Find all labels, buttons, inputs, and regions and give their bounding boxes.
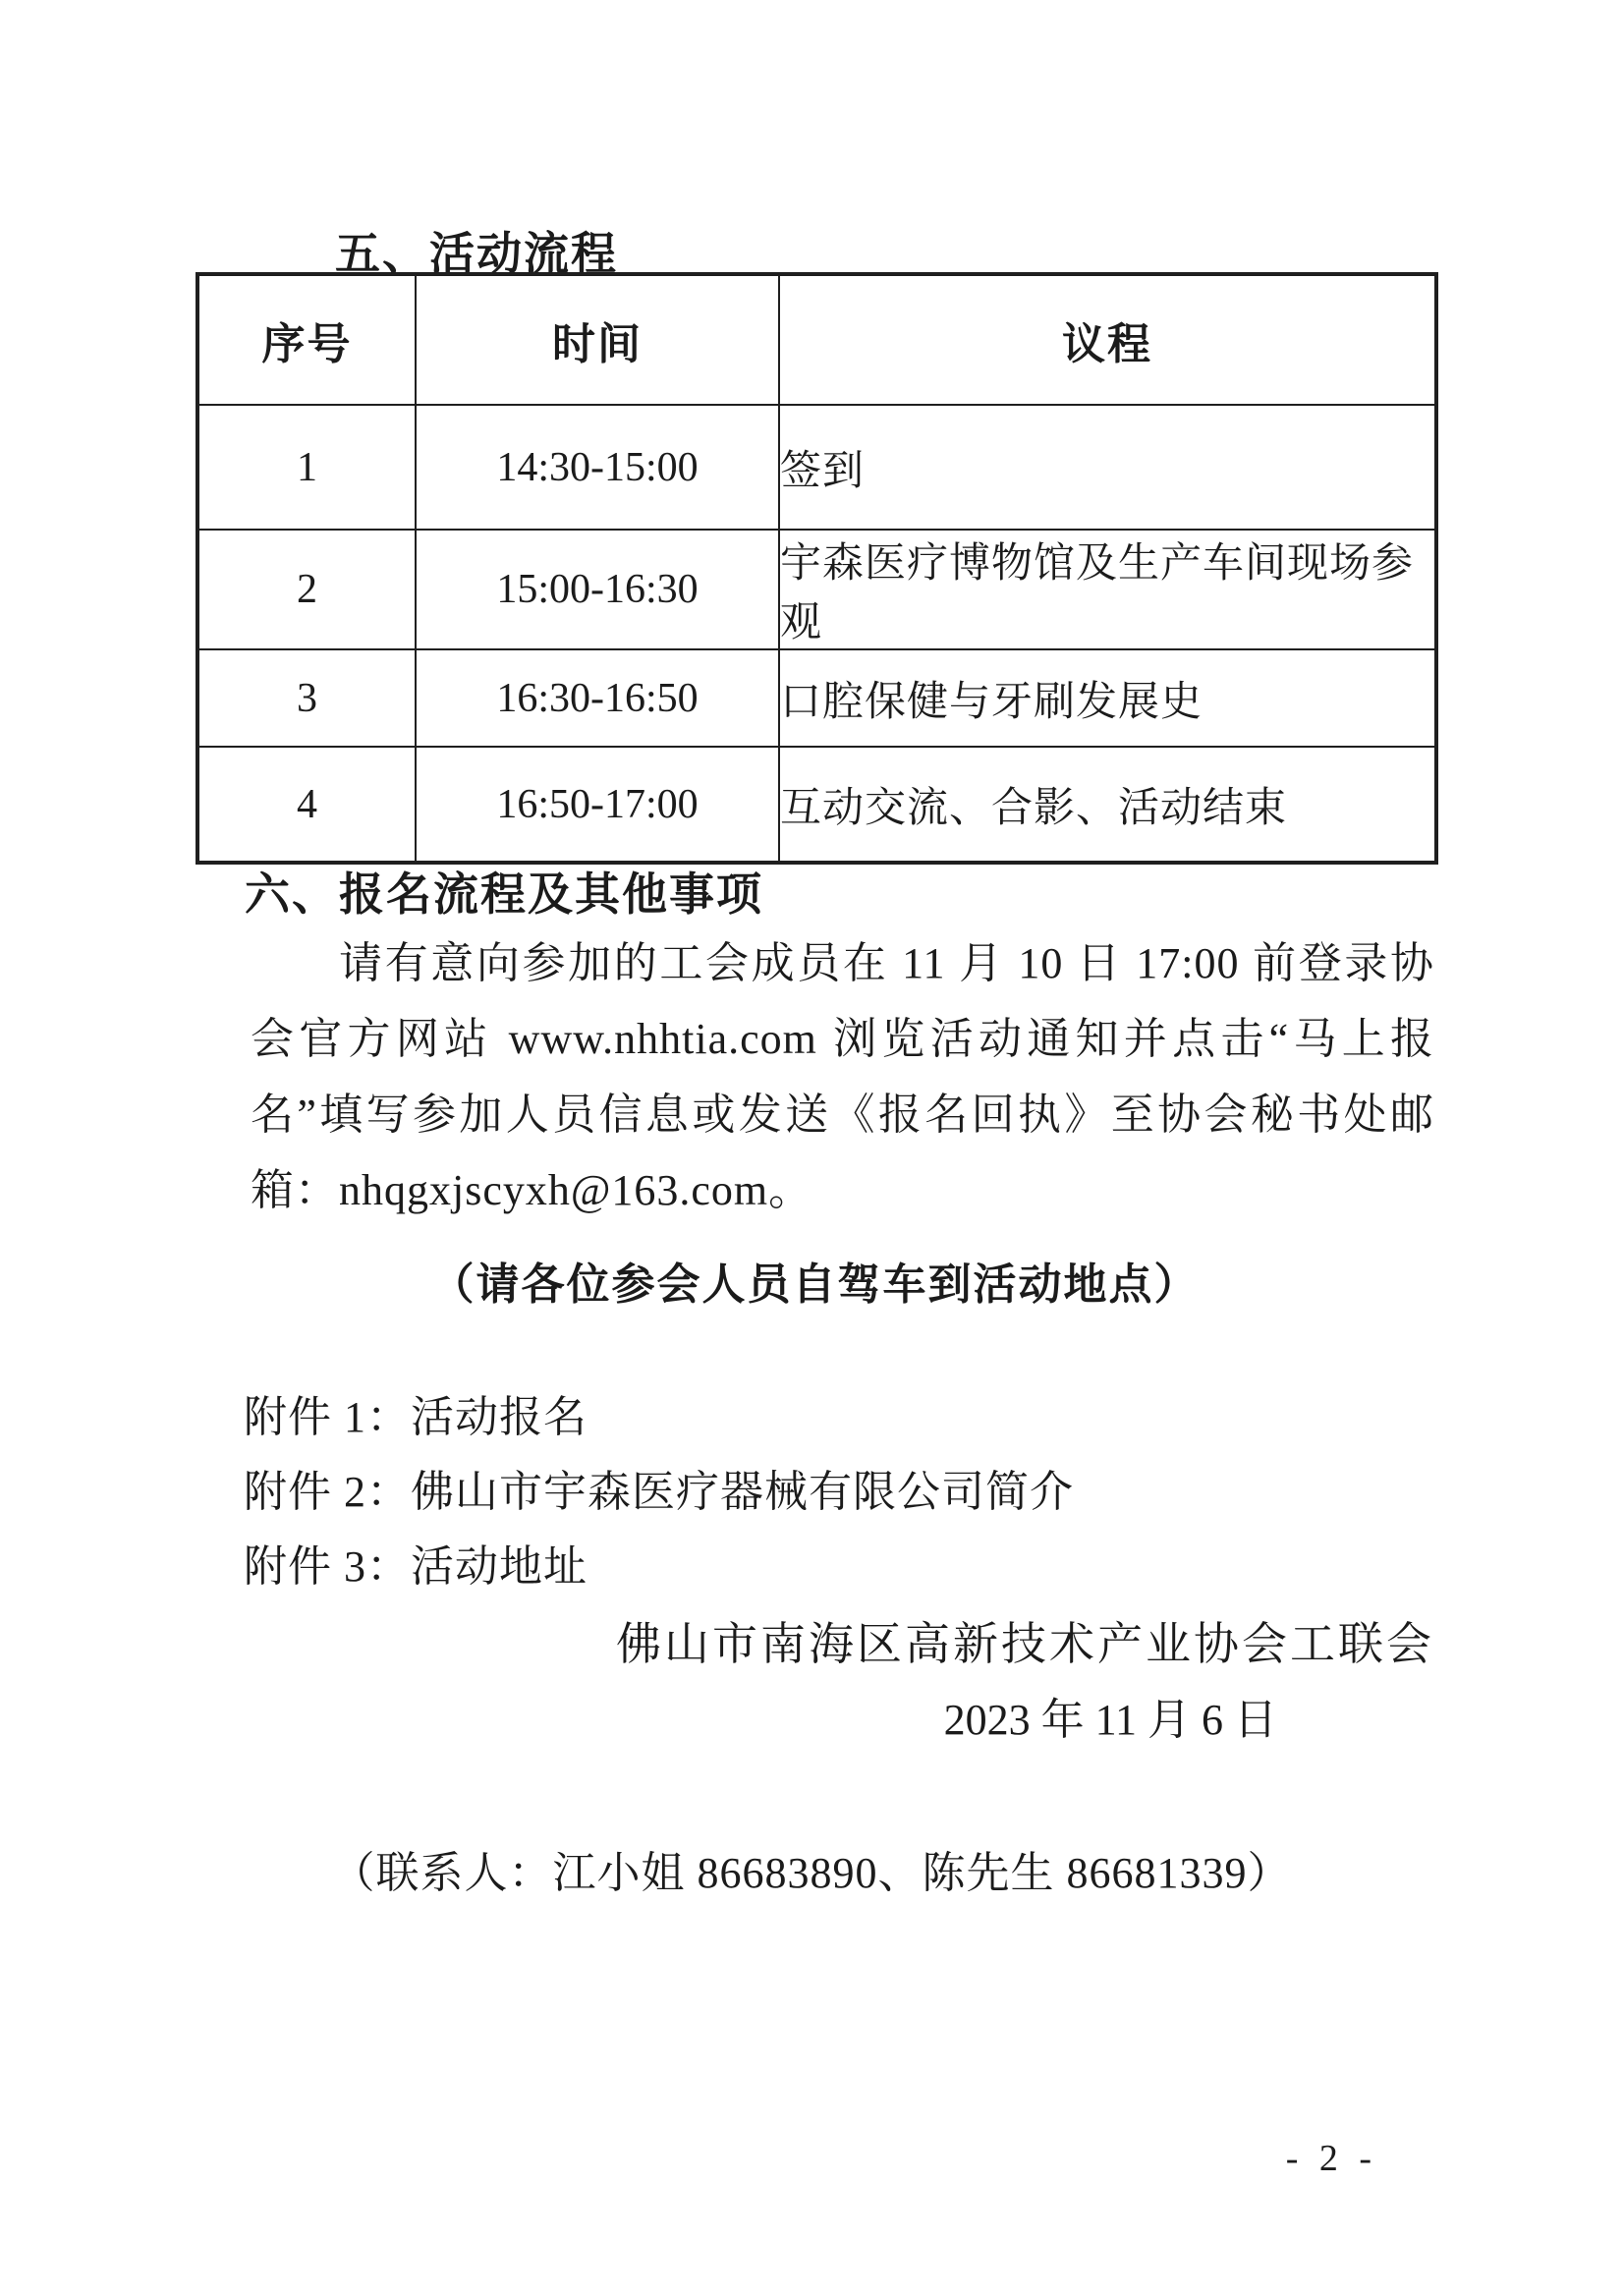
cell-time: 16:50-17:00: [416, 747, 779, 863]
col-header-agenda: 议程: [779, 274, 1436, 405]
cell-agenda: 互动交流、合影、活动结束: [779, 747, 1436, 863]
registration-paragraph: 请有意向参加的工会成员在 11 月 10 日 17:00 前登录协 会官方网站 …: [251, 925, 1434, 1228]
cell-no: 1: [197, 405, 416, 530]
attachment-item: 附件 1：活动报名: [244, 1380, 1074, 1455]
contact-line: （联系人：江小姐 86683890、陈先生 86681339）: [0, 1849, 1623, 1898]
paragraph-line: 会官方网站 www.nhhtia.com 浏览活动通知并点击“马上报: [251, 1001, 1434, 1077]
page-number: - 2 -: [1286, 2138, 1377, 2179]
cell-agenda: 签到: [779, 405, 1436, 530]
cell-agenda: 宇森医疗博物馆及生产车间现场参观: [779, 530, 1436, 649]
cell-time: 14:30-15:00: [416, 405, 779, 530]
section6-heading: 六、报名流程及其他事项: [245, 868, 763, 920]
table-row: 3 16:30-16:50 口腔保健与牙刷发展史: [197, 649, 1436, 747]
cell-time: 15:00-16:30: [416, 530, 779, 649]
cell-no: 4: [197, 747, 416, 863]
attachments-list: 附件 1：活动报名 附件 2：佛山市宇森医疗器械有限公司简介 附件 3：活动地址: [244, 1380, 1074, 1604]
cell-time: 16:30-16:50: [416, 649, 779, 747]
table-header-row: 序号 时间 议程: [197, 274, 1436, 405]
document-page: 五、活动流程 序号 时间 议程 1 14:30-15:00 签到 2 15:00…: [0, 0, 1623, 2296]
col-header-time: 时间: [416, 274, 779, 405]
drive-notice: （请各位参会人员自驾车到活动地点）: [196, 1261, 1434, 1309]
signature-date: 2023 年 11 月 6 日: [944, 1696, 1277, 1745]
table-row: 1 14:30-15:00 签到: [197, 405, 1436, 530]
cell-no: 2: [197, 530, 416, 649]
cell-no: 3: [197, 649, 416, 747]
table-row: 2 15:00-16:30 宇森医疗博物馆及生产车间现场参观: [197, 530, 1436, 649]
attachment-item: 附件 3：活动地址: [244, 1530, 1074, 1604]
col-header-no: 序号: [197, 274, 416, 405]
table-row: 4 16:50-17:00 互动交流、合影、活动结束: [197, 747, 1436, 863]
paragraph-line: 请有意向参加的工会成员在 11 月 10 日 17:00 前登录协: [251, 925, 1434, 1001]
paragraph-line: 箱：nhqgxjscyxh@163.com。: [251, 1152, 1434, 1228]
signature-org: 佛山市南海区高新技术产业协会工联会: [616, 1619, 1434, 1670]
schedule-table: 序号 时间 议程 1 14:30-15:00 签到 2 15:00-16:30 …: [196, 272, 1438, 865]
attachment-item: 附件 2：佛山市宇森医疗器械有限公司简介: [244, 1455, 1074, 1530]
paragraph-line: 名”填写参加人员信息或发送《报名回执》至协会秘书处邮: [251, 1077, 1434, 1152]
cell-agenda: 口腔保健与牙刷发展史: [779, 649, 1436, 747]
